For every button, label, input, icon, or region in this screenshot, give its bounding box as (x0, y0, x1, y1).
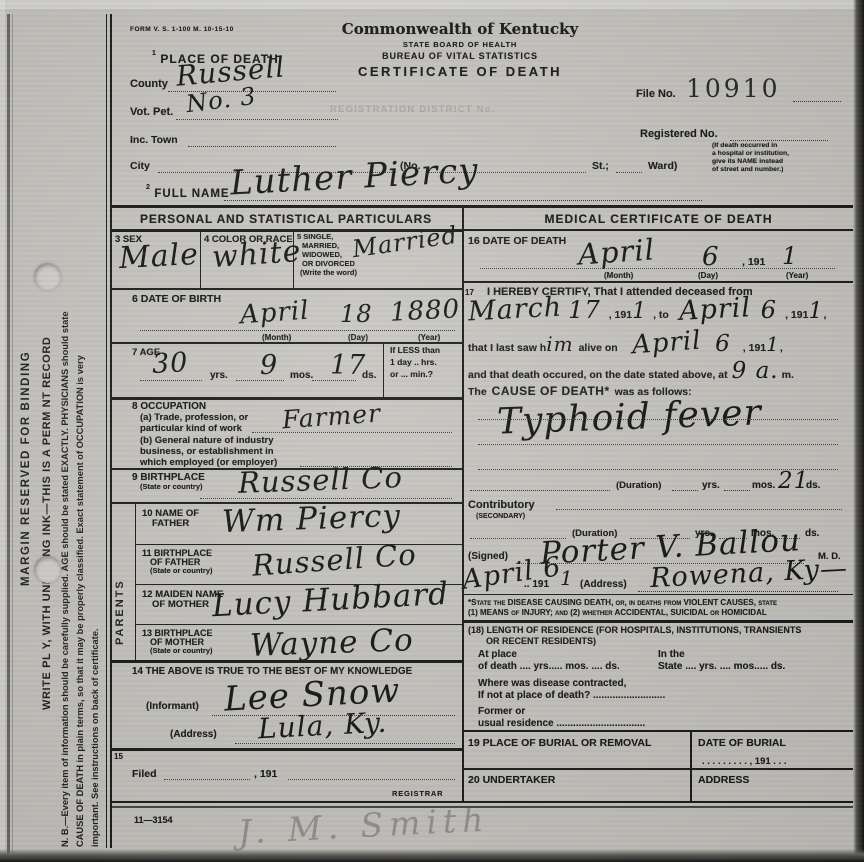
burial-date-label: DATE OF BURIAL (698, 737, 786, 749)
undertaker-address-label: ADDRESS (698, 774, 749, 786)
form-border-left-outer (106, 14, 107, 848)
item-15-number: 15 (114, 752, 123, 761)
row-rule-1 (110, 288, 462, 290)
cause-pre: The (468, 386, 487, 398)
residence-label-2: OR RECENT RESIDENTS) (486, 636, 596, 646)
occupation-a-leader (252, 431, 452, 433)
full-name-value: Luther Piercy (229, 154, 479, 201)
hospital-note-1: (If death occurred in (712, 142, 777, 149)
birthplace-value: Russell Co (238, 463, 404, 498)
bureau-line: BUREAU OF VITAL STATISTICS (340, 51, 580, 61)
death-time-hw: 9 a. (732, 360, 779, 383)
from-year-hw: 1 (632, 301, 647, 323)
signed-address-label: (Address) (580, 579, 627, 590)
scan-edge-top (0, 0, 864, 9)
certify-from-to-line: March 17 , 191 1 , to April 6 , 191 1 , (468, 296, 826, 323)
lastsaw-year-hw: 1 (766, 334, 780, 354)
duration-mos: mos. (752, 480, 775, 491)
hospital-note-2: a hospital or institution, (712, 150, 789, 157)
registrar-label: REGISTRAR (392, 789, 443, 798)
county-label: County (130, 78, 168, 90)
registration-district-faint: REGISTRATION DISTRICT No. (330, 104, 495, 115)
secondary-label: (SECONDARY) (476, 513, 525, 520)
lastsaw-pre: that I last saw h (468, 342, 546, 354)
occupation-b-line1: (b) General nature of industry (140, 435, 274, 446)
burial-cell-divider (690, 730, 692, 801)
death-time-m: m. (782, 369, 794, 381)
signed-date-printed: .. 191 (524, 579, 549, 590)
attended-from-day: 17 (568, 298, 601, 322)
dod-month-cap: (Month) (604, 271, 633, 280)
filed-label: Filed (132, 768, 157, 780)
residence-label-1: (18) LENGTH OF RESIDENCE (FOR HOSPITALS,… (468, 625, 801, 635)
vot-pct-value: No. 3 (185, 84, 258, 116)
scan-edge-left (0, 0, 5, 862)
file-no-leader (793, 100, 841, 102)
lastsaw-day: 6 (715, 333, 731, 356)
parents-vertical-label: PARENTS (114, 520, 126, 645)
death-occurred-line: and that death occured, on the date stat… (468, 360, 794, 383)
row-rule-3 (110, 397, 462, 400)
age-less-line2: 1 day .. hrs. (390, 357, 437, 367)
cause-footnote-1: *State the DISEASE CAUSING DEATH, or, in… (468, 598, 777, 607)
cause-leader-2 (478, 443, 838, 445)
death-occurred-text: and that death occured, on the date stat… (468, 369, 728, 381)
full-name-label: FULL NAME (154, 188, 229, 200)
attended-to-month: April (678, 294, 751, 325)
form-number-top: FORM V. S. 1-100 M. 10-15-10 (130, 26, 234, 33)
to-comma: , (823, 309, 826, 321)
former-residence-line2: usual residence ........................… (478, 718, 645, 729)
father-bp-value: Russell Co (251, 540, 417, 580)
margin-nb-line2: CAUSE OF DEATH in plain terms, so that i… (75, 175, 85, 847)
registered-no-leader (730, 139, 828, 141)
margin-binding-text: MARGIN RESERVED FOR BINDING (20, 268, 32, 586)
at-place-line1: At place (478, 649, 517, 660)
form-border-left-inner (110, 14, 112, 848)
parents-inner-border (135, 502, 136, 661)
dob-leader (140, 329, 455, 331)
scan-edge-right (853, 0, 864, 862)
margin-ink-notice: WRITE PL Y, WITH UNFADING INK—THIS IS A … (41, 222, 53, 710)
certificate-title: CERTIFICATE OF DEATH (335, 64, 585, 79)
mother-bp-label-3: (State or country) (150, 646, 213, 655)
hospital-note-4: of street and number.) (712, 166, 783, 173)
signed-address-leader (638, 590, 838, 592)
age-mos-value: 9 (260, 352, 278, 379)
lastsaw-year-printed: , 191 (743, 342, 766, 354)
burial-top-rule (464, 730, 853, 732)
informant-label: (Informant) (146, 701, 199, 712)
to-year-printed: , 191 (785, 309, 808, 321)
lastsaw-hw: im (546, 334, 573, 354)
occupation-b-line2: business, or establishment in (140, 446, 274, 457)
row-rule-7 (110, 748, 462, 751)
birthplace-leader (200, 497, 452, 499)
age-yrs-unit: yrs. (210, 370, 228, 381)
occupation-label: 8 OCCUPATION (132, 401, 206, 412)
birthplace-sub: (State or country) (140, 482, 203, 491)
sex-value: Male (118, 240, 199, 274)
at-place-line2: of death .... yrs..... mos. .... ds. (478, 661, 620, 672)
file-no-label: File No. (636, 88, 676, 100)
from-year-printed: , 191 (609, 309, 632, 321)
margin-nb-line3: important. See instructions on back of c… (90, 175, 100, 847)
duration-ds-value: 21 (778, 470, 809, 493)
vot-pct-label: Vot. Pet. (130, 106, 173, 118)
marital-label-1: 5 SINGLE, (297, 232, 333, 241)
section-1-number: 1 (152, 50, 156, 57)
attended-to-day: 6 (761, 298, 777, 322)
dob-year-cap: (Year) (418, 333, 440, 342)
age-less-line3: or ... min.? (390, 369, 433, 379)
state-board-line: STATE BOARD OF HEALTH (340, 40, 580, 49)
marital-label-4: OR DIVORCED (302, 259, 355, 268)
dod-year-hw: 1 (782, 244, 798, 268)
lastsaw-month: April (631, 328, 702, 359)
row-rule-2 (110, 342, 462, 344)
dob-label: 6 DATE OF BIRTH (132, 293, 221, 305)
dob-month-value: April (239, 298, 310, 329)
dod-rule (464, 281, 853, 283)
mother-bp-value: Wayne Co (250, 625, 415, 662)
burial-place-label: 19 PLACE OF BURIAL OR REMOVAL (468, 737, 651, 749)
age-ds-value: 17 (330, 352, 366, 379)
duration-label: (Duration) (616, 480, 661, 491)
form-number-bottom: 11—3154 (134, 815, 173, 825)
section-2-number: 2 (146, 184, 150, 191)
contributory-leader (556, 508, 842, 510)
header-divider (110, 205, 853, 208)
hole-punch-top (34, 263, 61, 290)
lastsaw-post: alive on (579, 342, 618, 354)
marital-label-5: (Write the word) (300, 268, 357, 277)
burial-date-blank: . . . . . . . . . , 191 . . . (702, 756, 786, 767)
certify-lastsaw-line: that I last saw h im alive on April 6 , … (468, 330, 783, 356)
inc-town-leader (188, 145, 336, 147)
file-no-value: 10910 (686, 76, 781, 101)
duration-yrs: yrs. (702, 480, 720, 491)
contributory-label: Contributory (468, 499, 535, 511)
dod-day-cap: (Day) (698, 271, 718, 280)
mother-name-label-2: OF MOTHER (152, 599, 209, 610)
footnote-top-rule (464, 594, 853, 595)
cause-leader-1 (478, 418, 838, 420)
undertaker-top-rule (464, 768, 853, 770)
cause-footnote-2: (1) MEANS of INJURY; and (2) whether ACC… (468, 608, 767, 617)
duration-leader-0 (470, 489, 610, 491)
to-year-hw: 1 (808, 301, 823, 323)
mother-name-value: Lucy Hubbard (211, 579, 449, 622)
age-cell-divider (383, 342, 384, 397)
in-the-line1: In the (658, 649, 685, 660)
sex-race-divider (200, 229, 201, 289)
cause-bold: CAUSE OF DEATH* (492, 384, 610, 398)
age-ds-unit: ds. (362, 370, 376, 381)
occupation-a-line1: (a) Trade, profession, or (140, 412, 248, 423)
marital-label-3: WIDOWED, (302, 250, 342, 259)
scan-edge-bottom (0, 849, 864, 862)
duration-leader-2 (724, 489, 750, 491)
former-residence-line1: Former or (478, 706, 525, 717)
father-name-value: Wm Piercy (222, 501, 402, 538)
filed-leader-2 (288, 778, 455, 780)
informant-address-label: (Address) (170, 729, 217, 740)
to-word: , to (653, 309, 669, 321)
dod-label: 16 DATE OF DEATH (468, 235, 566, 247)
informant-address-value: Lula, Ky. (257, 709, 387, 744)
age-leader-2 (236, 379, 284, 381)
dod-month-value: April (577, 235, 656, 269)
race-value: white (211, 237, 302, 273)
attended-from-month: March (467, 294, 562, 326)
dod-year-cap: (Year) (786, 271, 808, 280)
age-mos-unit: mos. (290, 370, 313, 381)
row-rule-6 (110, 660, 462, 663)
filed-year-printed: , 191 (254, 768, 277, 780)
full-name-heading: 2 FULL NAME (146, 184, 230, 202)
age-yrs-value: 30 (151, 349, 189, 378)
hospital-note-3: give its NAME instead (712, 158, 783, 165)
medical-title-rule (464, 229, 853, 231)
binding-edge-line2 (12, 14, 13, 862)
margin-nb-line1: N. B.—Every item of information should b… (60, 175, 70, 847)
signed-date-year-hw: 1 (560, 568, 574, 588)
hole-punch-bottom (34, 556, 61, 583)
column-divider (462, 205, 464, 803)
age-leader-3 (312, 379, 356, 381)
contracted-line1: Where was disease contracted, (478, 678, 626, 689)
undertaker-label: 20 UNDERTAKER (468, 774, 555, 786)
commonwealth-title: Commonwealth of Kentucky (340, 20, 580, 38)
filed-leader-1 (164, 778, 250, 780)
registered-no-label: Registered No. (640, 128, 718, 140)
age-less-line1: If LESS than (390, 345, 440, 355)
duration-ds: ds. (806, 480, 820, 491)
dob-day-value: 18 (340, 302, 373, 326)
personal-title: PERSONAL AND STATISTICAL PARTICULARS (110, 212, 462, 226)
binding-edge-line (7, 14, 10, 862)
marital-label-2: MARRIED, (302, 241, 339, 250)
city-st-leader (616, 171, 642, 173)
inc-town-label: Inc. Town (130, 134, 178, 146)
vot-pct-leader (176, 118, 338, 120)
dob-month-cap: (Month) (262, 333, 291, 342)
occupation-a-value: Farmer (281, 401, 381, 433)
medical-title: MEDICAL CERTIFICATE OF DEATH (464, 212, 853, 226)
scanned-death-certificate: MARGIN RESERVED FOR BINDING WRITE PL Y, … (0, 0, 864, 862)
dob-day-cap: (Day) (348, 333, 368, 342)
duration-leader-1 (672, 489, 698, 491)
father-bp-label-3: (State or country) (150, 566, 213, 575)
informant-address-leader (235, 742, 455, 744)
city-ward-label: Ward) (648, 160, 677, 172)
full-name-leader (224, 199, 702, 201)
city-st-label: St.; (592, 160, 609, 172)
footnote-bottom-rule (464, 620, 853, 623)
age-leader-1 (140, 379, 202, 381)
lastsaw-comma: , (780, 342, 783, 354)
occupation-a-line2: particular kind of work (140, 423, 242, 434)
contracted-line2: If not at place of death? ..............… (478, 690, 665, 701)
city-label: City (130, 160, 150, 172)
dob-year-value: 1880 (389, 296, 460, 326)
duration2-ds: ds. (805, 528, 819, 539)
in-the-line2: State .... yrs. .... mos..... ds. (658, 661, 785, 672)
dod-leader (480, 267, 835, 269)
father-name-label-2: FATHER (152, 518, 189, 529)
